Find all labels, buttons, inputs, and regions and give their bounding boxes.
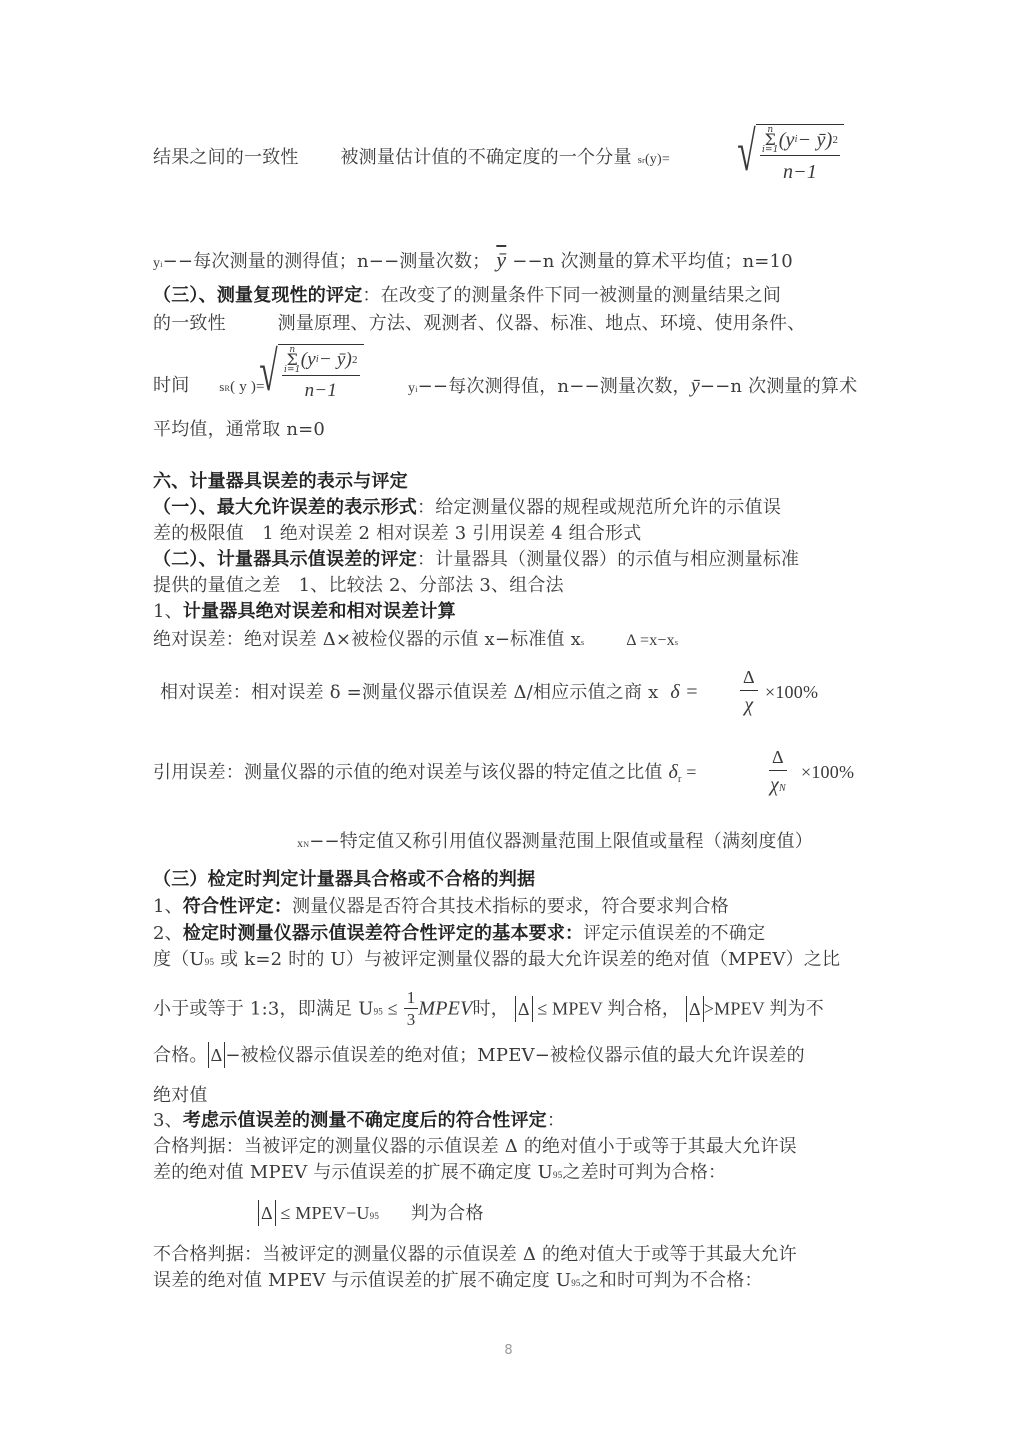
pass-formula: Δ ≤ MPEV−U95 判为合格 [258, 1200, 484, 1228]
denominator: 3 [407, 1009, 416, 1031]
conformity-item-2: 2、检定时测量仪器示值误差符合性评定的基本要求：评定示值误差的不确定 [153, 922, 765, 946]
ybar-symbol: ȳ [496, 247, 506, 272]
le-symbol: ≤ [383, 999, 398, 1019]
exponent: 2 [352, 348, 358, 372]
xn-definition: xN−−特定值又称引用值仪器测量范围上限值或量程（满刻度值） [297, 830, 813, 857]
text: 被测量估计值的不确定度的一个分量 [340, 147, 631, 168]
text: 引用误差：测量仪器的示值的绝对误差与该仪器的特定值之比值 [153, 762, 663, 783]
text: 之和时可判为不合格： [581, 1270, 763, 1291]
mpev-symbol: MPEV [418, 998, 472, 1020]
formula-sR: √ n Σ i=1 (yi − ȳ)2 n−1 [253, 344, 364, 406]
abs-delta: Δ [258, 1200, 276, 1226]
percent-factor: ×100% [801, 760, 854, 784]
conformity-item-1: 1、符合性评定：测量仪器是否符合其技术指标的要求，符合要求判合格 [153, 895, 729, 919]
one-third-fraction: 1 3 [404, 988, 419, 1031]
subscript: 95 [374, 1007, 383, 1017]
absolute-error-line: 绝对误差：绝对误差 Δ×被检仪器的示值 x−标准值 xs Δ =x−xs [153, 628, 678, 655]
section-6-title: 六、计量器具误差的表示与评定 [153, 470, 408, 494]
text: 平均值，通常取 n=0 [153, 419, 325, 440]
text: 1、 [153, 601, 183, 622]
conformity-item-2-line3: 小于或等于 1:3，即满足 U95 ≤ 1 3 MPEV时， Δ ≤ MPEV … [153, 988, 824, 1031]
text: （三）、 [153, 285, 217, 306]
reference-error-line: 引用误差：测量仪器的示值的绝对误差与该仪器的特定值之比值 δr = Δ χN ×… [153, 760, 697, 792]
numerator: (y [301, 348, 316, 372]
subsection-2-heading: （二）、计量器具示值误差的评定：计量器具（测量仪器）的示值与相应测量标准 [153, 548, 799, 572]
text: −被检仪器示值误差的绝对值；MPEV−被检仪器示值的最大允许误差的 [225, 1045, 804, 1066]
text: 之差时可判为合格： [562, 1162, 726, 1183]
subsection-1-heading: （一）、最大允许误差的表示形式：给定测量仪器的规程或规范所允许的示值误 [153, 496, 781, 520]
heading-bold: 测量复现性的评定 [217, 285, 363, 306]
subscript: 95 [205, 957, 214, 967]
heading-bold: 符合性评定： [183, 896, 292, 917]
text: 1、 [153, 896, 183, 917]
text: 或 k=2 时的 U）与被评定测量仪器的最大允许误差的绝对值（MPEV）之比 [214, 949, 840, 970]
text: −−特定值又称引用值仪器测量范围上限值或量程（满刻度值） [309, 831, 813, 852]
conformity-item-2-line5: 绝对值 [153, 1084, 208, 1108]
heading-bold: 最大允许误差的表示形式 [217, 497, 417, 518]
sum-icon: Σ [287, 355, 299, 365]
heading-bold: 计量器具绝对误差和相对误差计算 [183, 601, 456, 622]
page-number: 8 [0, 1343, 1017, 1358]
abs-delta: Δ [515, 996, 533, 1022]
pass-criterion-line1: 合格判据：当被评定的测量仪器的示值误差 Δ 的绝对值小于或等于其最大允许误 [153, 1135, 797, 1159]
reproducibility-formula-line: 时间 sR( y )= √ n Σ i=1 (yi − ȳ)2 n−1 yi−−… [153, 374, 265, 401]
delta-symbol: δ = [670, 681, 698, 703]
text: 绝对误差：绝对误差 Δ×被检仪器的示值 x−标准值 x [153, 629, 581, 650]
subsection-1-line2: 差的极限值 1 绝对误差 2 相对误差 3 引用误差 4 组合形式 [153, 522, 641, 546]
fail-criterion-line1: 不合格判据：当被评定的测量仪器的示值误差 Δ 的绝对值大于或等于其最大允许 [153, 1243, 797, 1267]
text: 结果之间的一致性 [153, 147, 299, 168]
numerator: Δ [769, 744, 787, 771]
denominator: n−1 [305, 376, 337, 406]
text: ： [547, 1110, 565, 1131]
exponent: 2 [832, 128, 838, 152]
heading-bold: 检定时判定计量器具合格或不合格的判据 [208, 869, 536, 890]
text: −−n 次测量的算术 [700, 376, 857, 397]
denominator: χ [744, 691, 753, 719]
heading-bold: 考虑示值误差的测量不确定度后的符合性评定 [183, 1110, 547, 1131]
text: ：给定测量仪器的规程或规范所允许的示值误 [417, 497, 781, 518]
text: −−每次测量的测得值；n−−测量次数； [163, 251, 491, 272]
rel-error-fraction: Δ χ [740, 664, 758, 719]
text: 差的绝对值 MPEV 与示值误差的扩展不确定度 U [153, 1162, 553, 1183]
text: 时间 [153, 375, 189, 396]
ref-error-fraction: Δ χN [769, 744, 787, 803]
numerator: 1 [404, 988, 419, 1009]
relative-error-line: 相对误差：相对误差 δ =测量仪器示值误差 Δ/相应示值之商 x δ = Δ χ… [160, 680, 699, 705]
sqrt-icon: √ [737, 124, 756, 188]
text: 评定示值误差的不确定 [583, 923, 765, 944]
abs-delta: Δ [208, 1042, 226, 1068]
percent-factor: ×100% [765, 680, 818, 704]
conformity-item-3: 3、考虑示值误差的测量不确定度后的符合性评定： [153, 1109, 565, 1133]
numerator-rest: − ȳ) [319, 348, 352, 372]
text: 2、 [153, 923, 183, 944]
text: 测量原理、方法、观测者、仪器、标准、地点、环境、使用条件、 [278, 313, 806, 334]
text: 度（U [153, 949, 205, 970]
subscript: 95 [553, 1170, 562, 1180]
text: ：计量器具（测量仪器）的示值与相应测量标准 [417, 549, 799, 570]
reproducibility-heading: （三）、测量复现性的评定：在改变了的测量条件下同一被测量的测量结果之间 [153, 284, 781, 308]
formula: ≤ MPEV−U [276, 1203, 370, 1223]
numerator: Δ [740, 664, 758, 691]
subscript: s [675, 638, 678, 647]
sum-icon: Σ [765, 135, 777, 145]
text: 测量仪器是否符合其技术指标的要求，符合要求判合格 [292, 896, 729, 917]
text: 相对误差：相对误差 δ =测量仪器示值误差 Δ/相应示值之商 x [160, 682, 658, 703]
text: 的一致性 [153, 313, 226, 334]
text: ：在改变了的测量条件下同一被测量的测量结果之间 [362, 285, 781, 306]
equals: = [682, 762, 697, 782]
item-1-heading: 1、计量器具绝对误差和相对误差计算 [153, 600, 456, 624]
subscript: s [581, 638, 584, 647]
abs-error-formula: Δ =x−x [626, 632, 675, 649]
text: −−每次测得值，n−−测量次数， [418, 376, 691, 397]
text: 判为合格 [411, 1203, 484, 1224]
reproducibility-line2: 的一致性 测量原理、方法、观测者、仪器、标准、地点、环境、使用条件、 [153, 312, 805, 336]
numerator: (y [779, 128, 795, 152]
subsection-2-line2: 提供的量值之差 1、比较法 2、分部法 3、组合法 [153, 574, 564, 598]
sqrt-icon: √ [259, 344, 278, 406]
section-3-title: （三）检定时判定计量器具合格或不合格的判据 [153, 868, 535, 892]
subscript: 95 [370, 1211, 379, 1221]
text: 合格。 [153, 1045, 208, 1066]
text: −−n 次测量的算术平均值；n=10 [512, 251, 793, 272]
denominator: n−1 [783, 156, 817, 188]
heading-bold: 计量器具示值误差的评定 [217, 549, 417, 570]
sum-lower: i=1 [762, 145, 779, 155]
text: >MPEV 判为不 [704, 999, 824, 1019]
text: （一）、 [153, 497, 217, 518]
pass-criterion-line2: 差的绝对值 MPEV 与示值误差的扩展不确定度 U95之差时可判为合格： [153, 1161, 726, 1187]
denominator: χ [770, 774, 779, 796]
legend-line: yi−−每次测量的测得值；n−−测量次数； ȳ −−n 次测量的算术平均值；n=… [153, 248, 793, 277]
conformity-item-2-line2: 度（U95 或 k=2 时的 U）与被评定测量仪器的最大允许误差的绝对值（MPE… [153, 948, 840, 974]
text: 误差的绝对值 MPEV 与示值误差的扩展不确定度 U [153, 1270, 571, 1291]
text: 3、 [153, 1110, 183, 1131]
numerator-rest: − ȳ) [798, 128, 833, 152]
reproducibility-line4: 平均值，通常取 n=0 [153, 418, 325, 442]
repeatability-line: 结果之间的一致性 被测量估计值的不确定度的一个分量 sr(y)= √ n Σ i… [153, 146, 670, 173]
subscript: 95 [571, 1278, 580, 1288]
heading-bold: 检定时测量仪器示值误差符合性评定的基本要求： [183, 923, 583, 944]
abs-delta: Δ [686, 996, 704, 1022]
text: （三） [153, 869, 208, 890]
text: 小于或等于 1:3，即满足 U [153, 999, 374, 1020]
document-page: 结果之间的一致性 被测量估计值的不确定度的一个分量 sr(y)= √ n Σ i… [0, 0, 1017, 1438]
conformity-item-2-line4: 合格。Δ−被检仪器示值误差的绝对值；MPEV−被检仪器示值的最大允许误差的 [153, 1042, 805, 1068]
sr-arg: (y)= [645, 152, 670, 167]
delta-symbol: δ [669, 761, 679, 783]
text: ≤ MPEV 判合格， [533, 999, 680, 1019]
formula-sr: √ n Σ i=1 (yi − ȳ)2 n−1 [731, 124, 844, 188]
ybar-symbol: ȳ [691, 375, 700, 397]
sum-lower: i=1 [284, 365, 301, 375]
text: 时， [473, 999, 509, 1020]
text: （二）、 [153, 549, 217, 570]
fail-criterion-line2: 误差的绝对值 MPEV 与示值误差的扩展不确定度 U95之和时可判为不合格： [153, 1269, 763, 1295]
subscript: N [779, 783, 786, 794]
